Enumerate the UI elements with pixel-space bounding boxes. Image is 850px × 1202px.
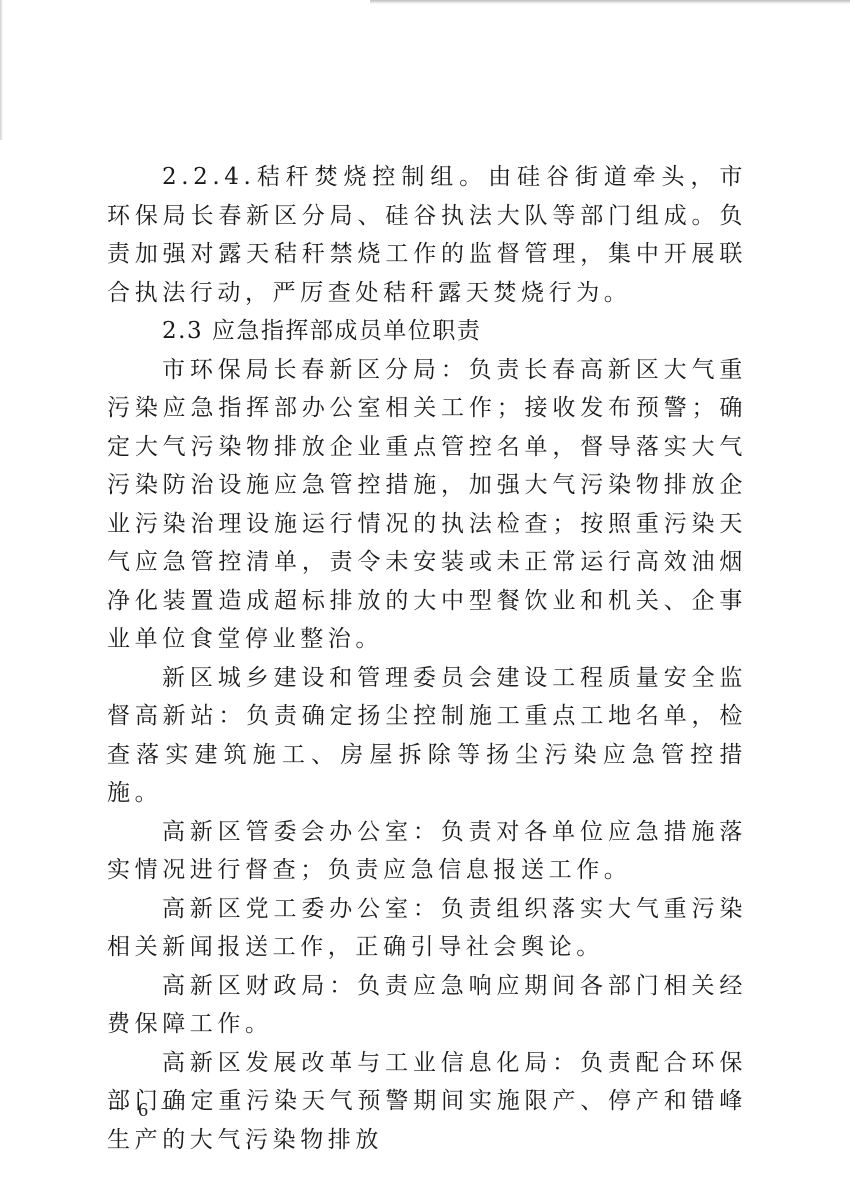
- paragraph-party-office-duties: 高新区党工委办公室：负责组织落实大气重污染相关新闻报送工作，正确引导社会舆论。: [107, 890, 747, 967]
- scan-edge-shadow-top: [370, 0, 850, 4]
- paragraph-finance-bureau-duties: 高新区财政局：负责应急响应期间各部门相关经费保障工作。: [107, 967, 747, 1044]
- page-number: － 6 －: [107, 1093, 182, 1122]
- document-body: 2.2.4.秸秆焚烧控制组。由硅谷街道牵头，市环保局长春新区分局、硅谷执法大队等…: [107, 158, 747, 1159]
- section-heading-2-3: 2.3 应急指挥部成员单位职责: [107, 312, 747, 351]
- paragraph-development-bureau-duties: 高新区发展改革与工业信息化局：负责配合环保部门确定重污染天气预警期间实施限产、停…: [107, 1044, 747, 1160]
- paragraph-straw-burning-control-group: 2.2.4.秸秆焚烧控制组。由硅谷街道牵头，市环保局长春新区分局、硅谷执法大队等…: [107, 158, 747, 312]
- paragraph-admin-office-duties: 高新区管委会办公室：负责对各单位应急措施落实情况进行督查；负责应急信息报送工作。: [107, 813, 747, 890]
- paragraph-construction-committee-duties: 新区城乡建设和管理委员会建设工程质量安全监督高新站：负责确定扬尘控制施工重点工地…: [107, 659, 747, 813]
- scan-edge-shadow-left: [0, 0, 3, 140]
- paragraph-env-protection-bureau-duties: 市环保局长春新区分局：负责长春高新区大气重污染应急指挥部办公室相关工作；接收发布…: [107, 351, 747, 659]
